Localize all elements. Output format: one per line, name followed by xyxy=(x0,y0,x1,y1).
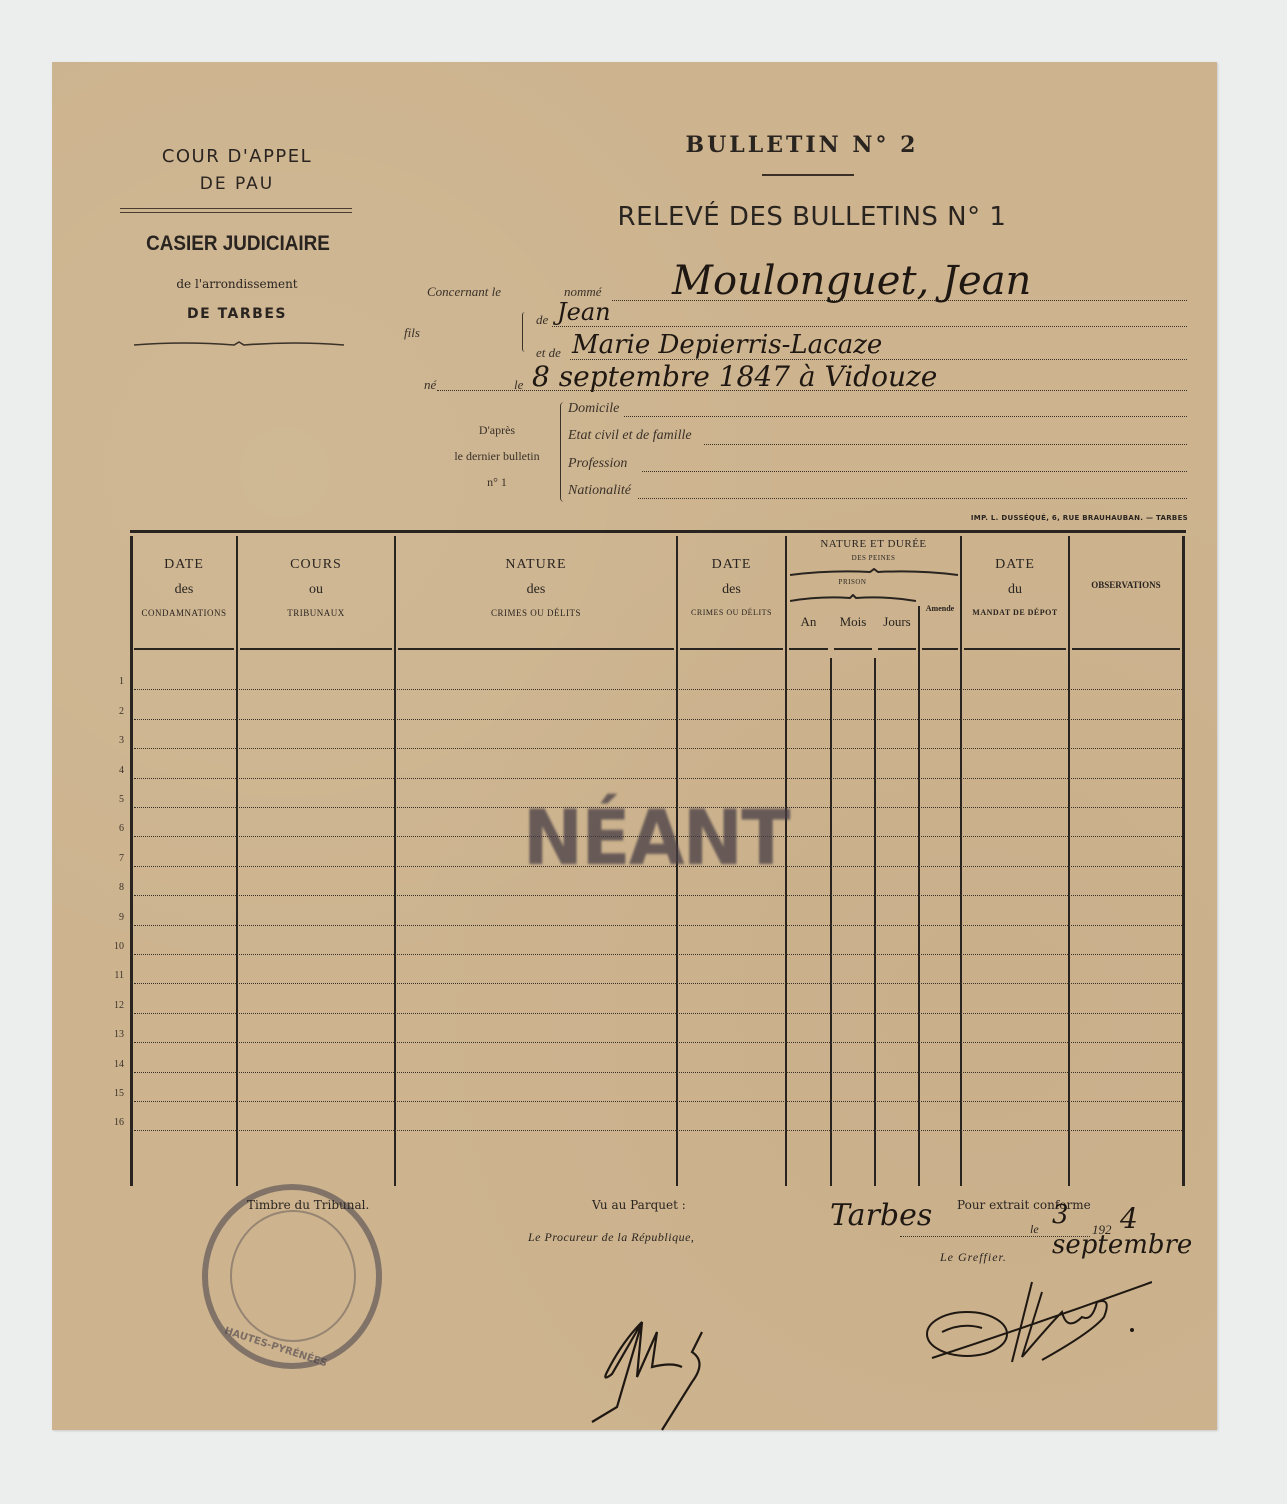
title-rule xyxy=(762,174,854,176)
header-amende: Amende xyxy=(920,604,960,613)
col-border xyxy=(1068,536,1070,1186)
header-nature-crimes: NATURE des CRIMES OU DÉLITS xyxy=(396,552,676,624)
table-row[interactable] xyxy=(134,778,1182,779)
table-row[interactable] xyxy=(134,1130,1182,1131)
header-rule xyxy=(134,648,234,650)
header-prison: PRISON xyxy=(787,578,918,586)
header-jours: Jours xyxy=(876,614,918,630)
header-rule xyxy=(878,648,916,650)
tribunal-seal-inner xyxy=(230,1210,356,1342)
row-number: 2 xyxy=(106,706,124,717)
row-number: 14 xyxy=(106,1059,124,1070)
header-rule xyxy=(240,648,392,650)
year-prefix: 192 xyxy=(1092,1222,1112,1238)
year-field[interactable]: 4 xyxy=(1120,1202,1138,1235)
et-de-label: et de xyxy=(536,345,561,361)
table-row[interactable] xyxy=(134,689,1182,690)
row-number: 11 xyxy=(106,970,124,981)
table-row[interactable] xyxy=(134,748,1182,749)
header-an: An xyxy=(787,614,830,630)
header-observations: OBSERVATIONS xyxy=(1070,580,1182,590)
row-number: 6 xyxy=(106,823,124,834)
header-mois: Mois xyxy=(832,614,874,630)
nationalite-label: Nationalité xyxy=(568,483,631,499)
vu-parquet-label: Vu au Parquet : xyxy=(592,1198,686,1212)
col-border xyxy=(130,536,133,1186)
profession-field[interactable] xyxy=(642,471,1187,472)
header-date-mandat: DATE du MANDAT DE DÉPOT xyxy=(962,552,1068,624)
court-city: DE PAU xyxy=(122,174,352,194)
row-number: 5 xyxy=(106,794,124,805)
row-number: 13 xyxy=(106,1029,124,1040)
table-top-border xyxy=(130,530,1186,533)
printer-imprint: IMP. L. DUSSÉQUÉ, 6, RUE BRAUHAUBAN. — T… xyxy=(888,514,1188,522)
bulletin-title: BULLETIN N° 2 xyxy=(612,132,992,158)
apres-line: n° 1 xyxy=(442,469,552,495)
greffier-signature-icon xyxy=(922,1262,1152,1372)
header-rule xyxy=(789,648,828,650)
col-border xyxy=(830,658,832,1186)
de-label: de xyxy=(536,312,548,328)
col-border xyxy=(874,658,876,1186)
brace-peines-icon xyxy=(790,568,958,576)
etat-civil-field[interactable] xyxy=(704,444,1187,445)
domicile-field[interactable] xyxy=(624,416,1187,417)
table-row[interactable] xyxy=(134,925,1182,926)
row-number: 8 xyxy=(106,882,124,893)
procureur-signature-icon xyxy=(582,1312,732,1432)
apres-line: D'après xyxy=(442,417,552,443)
row-number: 1 xyxy=(106,676,124,687)
casier-title: CASIER JUDICIAIRE xyxy=(130,232,346,256)
col-border xyxy=(236,536,238,1186)
arrondissement-label: de l'arrondissement xyxy=(122,277,352,291)
nationalite-field[interactable] xyxy=(638,498,1187,499)
col-border xyxy=(394,536,396,1186)
etat-civil-label: Etat civil et de famille xyxy=(568,428,692,444)
apres-line: le dernier bulletin xyxy=(442,443,552,469)
table-row[interactable] xyxy=(134,1072,1182,1073)
flourish-ornament-icon xyxy=(134,340,344,348)
header-date-condamnations: DATE des CONDAMNATIONS xyxy=(132,552,236,624)
table-row[interactable] xyxy=(134,719,1182,720)
header-rule xyxy=(922,648,958,650)
releve-title: RELEVÉ DES BULLETINS N° 1 xyxy=(532,202,1092,232)
col-border xyxy=(1182,536,1185,1186)
header-rule xyxy=(834,648,872,650)
row-number: 3 xyxy=(106,735,124,746)
neant-stamp: NÉANT xyxy=(523,798,742,878)
place-field[interactable]: Tarbes xyxy=(830,1198,932,1233)
date-le-label: le xyxy=(1030,1222,1039,1237)
table-row[interactable] xyxy=(134,1013,1182,1014)
apres-block: D'après le dernier bulletin n° 1 xyxy=(442,417,552,495)
header-nature-duree-peines: NATURE ET DURÉE DES PEINES xyxy=(787,536,960,564)
document-page: COUR D'APPEL DE PAU CASIER JUDICIAIRE de… xyxy=(52,62,1217,1430)
row-number: 7 xyxy=(106,853,124,864)
parents-brace xyxy=(522,312,529,352)
row-number: 15 xyxy=(106,1088,124,1099)
father-field[interactable]: Jean xyxy=(557,298,611,326)
procureur-label: Le Procureur de la République, xyxy=(528,1230,694,1245)
birth-field[interactable]: 8 septembre 1847 à Vidouze xyxy=(532,360,937,393)
profession-label: Profession xyxy=(568,456,627,472)
mother-field[interactable]: Marie Depierris-Lacaze xyxy=(572,330,882,360)
row-number: 16 xyxy=(106,1117,124,1128)
concernant-label: Concernant le xyxy=(427,284,501,300)
row-number: 4 xyxy=(106,765,124,776)
father-line xyxy=(552,326,1187,327)
table-row[interactable] xyxy=(134,954,1182,955)
header-cours-tribunaux: COURS ou TRIBUNAUX xyxy=(238,552,394,624)
header-rule xyxy=(1072,648,1180,650)
table-row[interactable] xyxy=(134,895,1182,896)
col-border xyxy=(960,536,962,1186)
row-number: 12 xyxy=(106,1000,124,1011)
header-rule xyxy=(680,648,783,650)
timbre-label: Timbre du Tribunal. xyxy=(247,1198,369,1212)
district-name: DE TARBES xyxy=(122,306,352,322)
ne-label: né xyxy=(424,377,436,393)
brace-prison-icon xyxy=(790,594,916,602)
domicile-label: Domicile xyxy=(568,401,619,417)
table-row[interactable] xyxy=(134,983,1182,984)
name-field[interactable]: Moulonguet, Jean xyxy=(672,258,1031,304)
row-number: 9 xyxy=(106,912,124,923)
header-rule xyxy=(964,648,1066,650)
table-row[interactable] xyxy=(134,1101,1182,1102)
header-date-crimes: DATE des CRIMES OU DÉLITS xyxy=(678,552,785,624)
court-name: COUR D'APPEL xyxy=(122,146,352,167)
fils-label: fils xyxy=(404,325,420,341)
double-rule xyxy=(120,208,352,213)
row-number: 10 xyxy=(106,941,124,952)
header-rule xyxy=(398,648,674,650)
table-row[interactable] xyxy=(134,1042,1182,1043)
